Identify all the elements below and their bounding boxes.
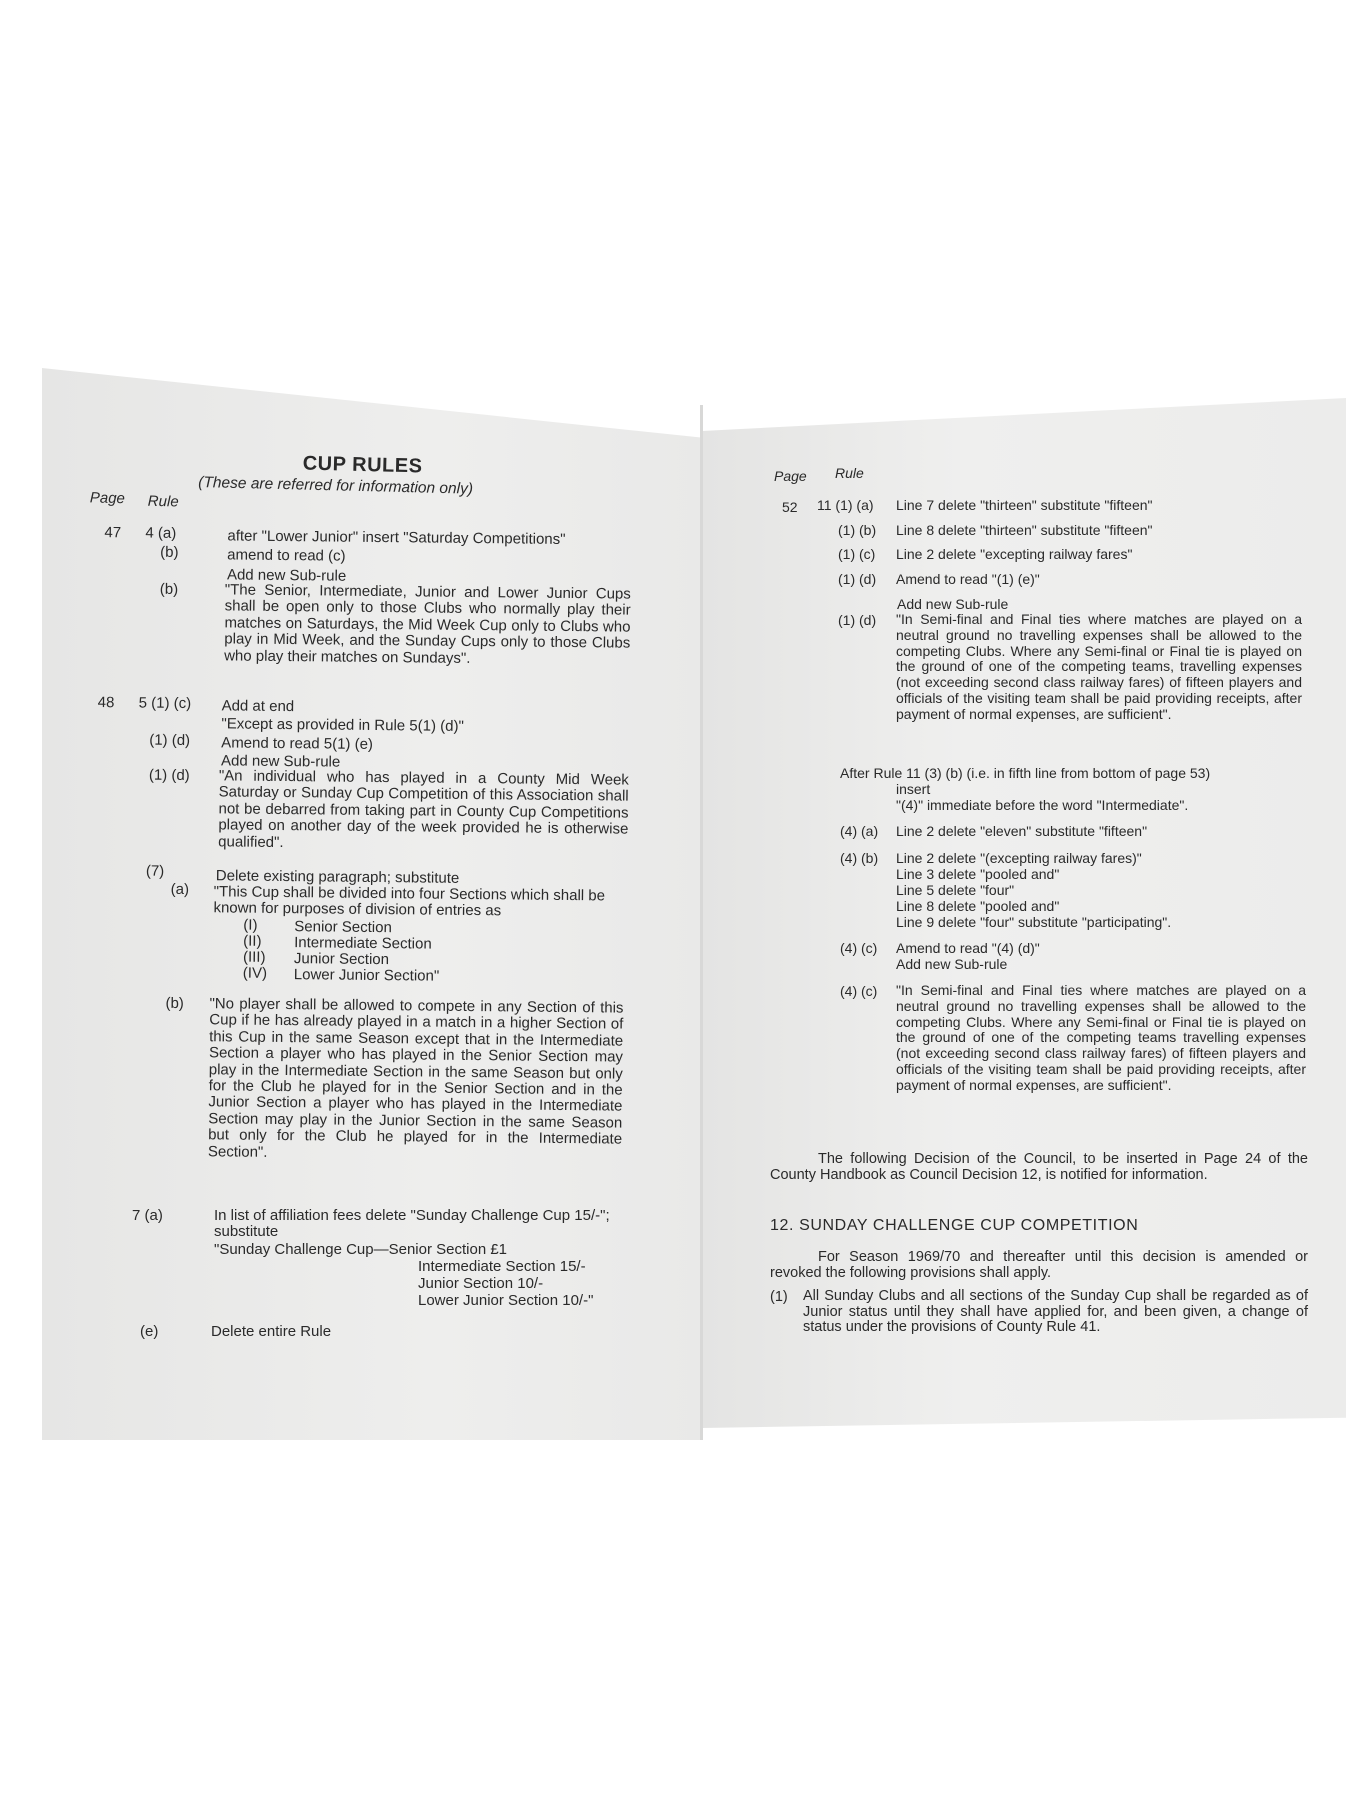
entry-text: insert: [896, 781, 930, 797]
entry-text: Line 8 delete "thirteen" substitute "fif…: [896, 522, 1152, 538]
entry-text: Amend to read "(1) (e)": [896, 571, 1040, 587]
council-intro: The following Decision of the Council, t…: [770, 1152, 1308, 1183]
rule-ref: (1) (d): [838, 612, 876, 628]
rule-ref: (1) (d): [149, 768, 190, 784]
entry-text: In list of affiliation fees delete "Sund…: [214, 1208, 644, 1241]
rule-ref: 4 (a): [145, 526, 176, 542]
rule-ref: (4) (a): [840, 823, 878, 839]
fee-line: Intermediate Section 15/-: [418, 1259, 586, 1275]
section-name: Lower Junior Section": [294, 967, 440, 985]
page-number: 52: [782, 499, 798, 515]
column-header-page: Page: [90, 490, 125, 507]
rule-ref: (b): [160, 545, 179, 561]
rule-ref: 7 (a): [132, 1208, 163, 1224]
rule-ref: (b): [165, 996, 184, 1012]
page-number: 48: [98, 695, 115, 711]
rule-ref: (1) (c): [838, 546, 875, 562]
column-header-rule: Rule: [835, 465, 864, 481]
entry-text: amend to read (c): [227, 547, 346, 564]
rule-ref: (b): [160, 582, 179, 598]
decision-intro: For Season 1969/70 and thereafter until …: [770, 1250, 1308, 1281]
section-number: (I): [243, 918, 257, 934]
rule-ref: 5 (1) (c): [139, 695, 192, 712]
rule-ref: (a): [171, 882, 190, 898]
column-header-page: Page: [774, 468, 807, 484]
entry-text: Add at end: [222, 698, 295, 715]
entry-text: Amend to read "(4) (d)": [896, 940, 1040, 956]
entry-text: Line 2 delete "eleven" substitute "fifte…: [896, 823, 1147, 839]
rule-ref: (7): [146, 864, 165, 880]
fee-line: Junior Section 10/-: [418, 1276, 543, 1292]
entry-text: "In Semi-final and Final ties where matc…: [896, 983, 1306, 1094]
rule-ref: After Rule 11 (3) (b) (i.e. in fifth lin…: [840, 765, 1210, 781]
entry-text: Line 3 delete "pooled and": [896, 866, 1059, 882]
provision-text: All Sunday Clubs and all sections of the…: [803, 1289, 1308, 1336]
provision-number: (1): [770, 1289, 788, 1305]
entry-text: "In Semi-final and Final ties where matc…: [896, 612, 1302, 723]
entry-text: Amend to read 5(1) (e): [221, 735, 373, 753]
entry-text: Line 7 delete "thirteen" substitute "fif…: [896, 497, 1152, 513]
rule-ref: (e): [140, 1324, 158, 1340]
entry-text: "The Senior, Intermediate, Junior and Lo…: [224, 582, 631, 668]
entry-text: "(4)" immediate before the word "Interme…: [896, 797, 1188, 813]
rule-ref: (1) (d): [838, 571, 876, 587]
entry-text: "This Cup shall be divided into four Sec…: [213, 884, 633, 921]
rule-ref: (4) (c): [840, 983, 877, 999]
section-number: (IV): [243, 966, 267, 982]
decision-heading: 12. SUNDAY CHALLENGE CUP COMPETITION: [770, 1218, 1138, 1234]
entry-text: "An individual who has played in a Count…: [218, 768, 629, 854]
entry-text: "No player shall be allowed to compete i…: [208, 996, 624, 1164]
rule-ref: (4) (b): [840, 850, 878, 866]
rule-ref: (4) (c): [840, 940, 877, 956]
rule-ref: 11 (1) (a): [817, 497, 874, 513]
page-number: 47: [104, 525, 121, 541]
entry-text: Line 9 delete "four" substitute "partici…: [896, 914, 1171, 930]
fee-line: Lower Junior Section 10/-": [418, 1293, 593, 1309]
entry-text: "Sunday Challenge Cup—Senior Section £1: [214, 1242, 507, 1258]
entry-text: Line 2 delete "excepting railway fares": [896, 546, 1132, 562]
page-title: CUP RULES: [303, 456, 423, 475]
entry-text: Add new Sub-rule: [897, 596, 1008, 612]
booklet-fold: [700, 405, 703, 1440]
entry-text: "Except as provided in Rule 5(1) (d)": [221, 716, 464, 735]
entry-text: Delete entire Rule: [211, 1324, 331, 1340]
column-header-rule: Rule: [148, 494, 179, 511]
entry-text: Line 5 delete "four": [896, 882, 1014, 898]
entry-text: Line 8 delete "pooled and": [896, 898, 1059, 914]
section-number: (III): [243, 950, 266, 966]
rule-ref: (1) (d): [149, 733, 190, 749]
section-number: (II): [243, 934, 261, 950]
rule-ref: (1) (b): [838, 522, 876, 538]
entry-text: Add new Sub-rule: [896, 956, 1007, 972]
entry-text: Line 2 delete "(excepting railway fares)…: [896, 850, 1142, 866]
